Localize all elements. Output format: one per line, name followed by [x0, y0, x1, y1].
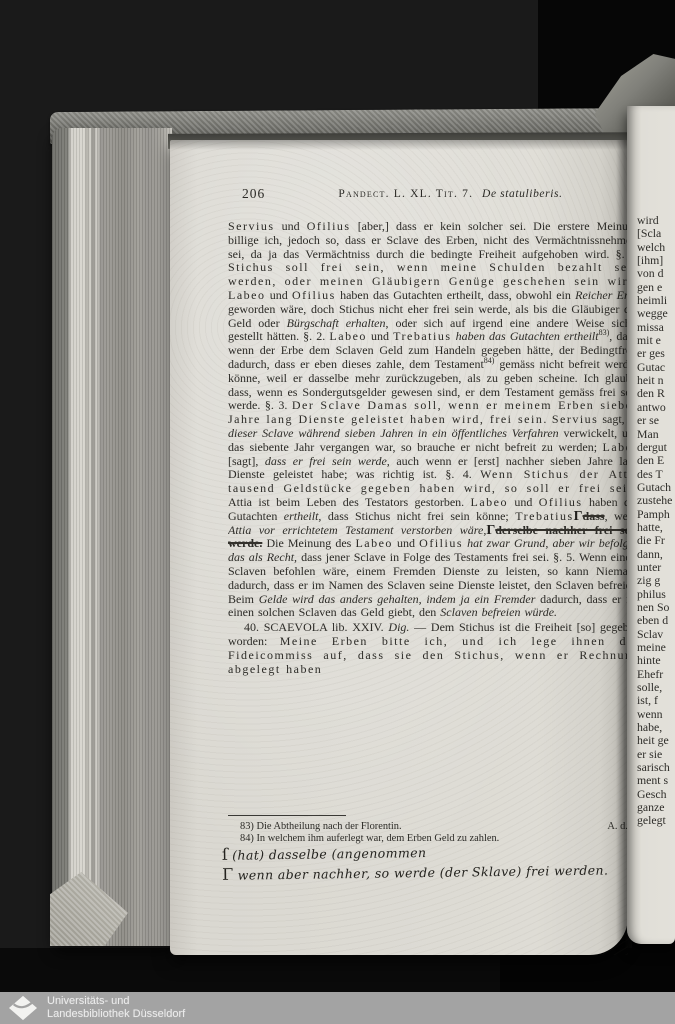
right-page-line: Ehefr	[637, 668, 675, 681]
right-page-line: ment s	[637, 774, 675, 787]
right-page-line: antwo	[637, 401, 675, 414]
library-logo-icon	[7, 994, 39, 1022]
handwriting: ſ(hat) dasselbe (angenommenΓwenn aber na…	[222, 839, 639, 885]
right-page-line: den R	[637, 387, 675, 400]
book-page-left: 206 Pandect. L. XL. Tit. 7. De statulibe…	[170, 140, 628, 955]
running-title: Pandect. L. XL. Tit. 7. De statuliberis.	[338, 188, 562, 200]
right-page-line: des T	[637, 468, 675, 481]
right-page-line: ist, f	[637, 694, 675, 707]
right-page-line: missa	[637, 321, 675, 334]
body-text: Servius und Ofilius [aber,] dass er kein…	[228, 220, 640, 812]
right-page-line: dergut	[637, 441, 675, 454]
right-page-line: Gesch	[637, 788, 675, 801]
right-page-line: dann,	[637, 548, 675, 561]
right-page-line: philus	[637, 588, 675, 601]
right-page-line: gelegt	[637, 814, 675, 827]
right-page-line: er se	[637, 414, 675, 427]
running-title-italic: De statuliberis.	[482, 188, 563, 200]
right-page-line: hinte	[637, 654, 675, 667]
right-page-line: zustehe	[637, 494, 675, 507]
right-page-line: den E	[637, 454, 675, 467]
right-page-line: wird	[637, 214, 675, 227]
right-page-line: die Fr	[637, 534, 675, 547]
right-page-line: zig g	[637, 574, 675, 587]
right-page-line: mit e	[637, 334, 675, 347]
right-page-line: Man	[637, 428, 675, 441]
book-page-right-partial: wird[Sclawelch[ihm]von dgen eheimliwegge…	[627, 106, 675, 944]
footnote-separator-rule	[228, 815, 346, 816]
right-page-line: sarisch	[637, 761, 675, 774]
right-page-text: wird[Sclawelch[ihm]von dgen eheimliwegge…	[627, 106, 675, 914]
right-page-line: meine	[637, 641, 675, 654]
right-page-line: unter	[637, 561, 675, 574]
right-page-line: Gutach	[637, 481, 675, 494]
right-page-line: hatte,	[637, 521, 675, 534]
right-page-line: von d	[637, 267, 675, 280]
right-page-line: eben d	[637, 614, 675, 627]
right-page-line: [Scla	[637, 227, 675, 240]
page-edge-stack	[52, 128, 172, 946]
right-page-line: er sie	[637, 748, 675, 761]
right-page-line: Gutac	[637, 361, 675, 374]
right-page-line: er ges	[637, 347, 675, 360]
body-paragraph: Servius und Ofilius [aber,] dass er kein…	[228, 220, 640, 620]
right-page-line: [ihm]	[637, 254, 675, 267]
right-page-line: heit n	[637, 374, 675, 387]
library-name-line2: Landesbibliothek Düsseldorf	[47, 1008, 185, 1021]
right-page-line: gen e	[637, 281, 675, 294]
body-paragraph: 40. SCAEVOLA lib. XXIV. Dig. — Dem Stich…	[228, 621, 640, 676]
scanned-book-photo: 206 Pandect. L. XL. Tit. 7. De statulibe…	[0, 0, 675, 1024]
right-page-line: wegge	[637, 307, 675, 320]
page-header: 206 Pandect. L. XL. Tit. 7. De statulibe…	[228, 186, 640, 204]
right-page-line: Sclav	[637, 628, 675, 641]
library-name-line1: Universitäts- und	[47, 995, 185, 1008]
page-number: 206	[242, 186, 265, 202]
right-page-line: habe,	[637, 721, 675, 734]
right-page-line: nen So	[637, 601, 675, 614]
right-page-line: welch	[637, 241, 675, 254]
right-page-line: wenn	[637, 708, 675, 721]
right-page-line: heimli	[637, 294, 675, 307]
library-name: Universitäts- und Landesbibliothek Düsse…	[47, 995, 185, 1021]
right-page-line: heit ge	[637, 734, 675, 747]
footnote: 83) Die Abtheilung nach der Florentin.A.…	[228, 821, 640, 833]
right-page-line: Pamph	[637, 508, 675, 521]
running-title-text: Pandect. L. XL. Tit. 7.	[338, 188, 473, 200]
right-page-line: solle,	[637, 681, 675, 694]
right-page-line: ganze	[637, 801, 675, 814]
library-banner: Universitäts- und Landesbibliothek Düsse…	[0, 992, 675, 1024]
